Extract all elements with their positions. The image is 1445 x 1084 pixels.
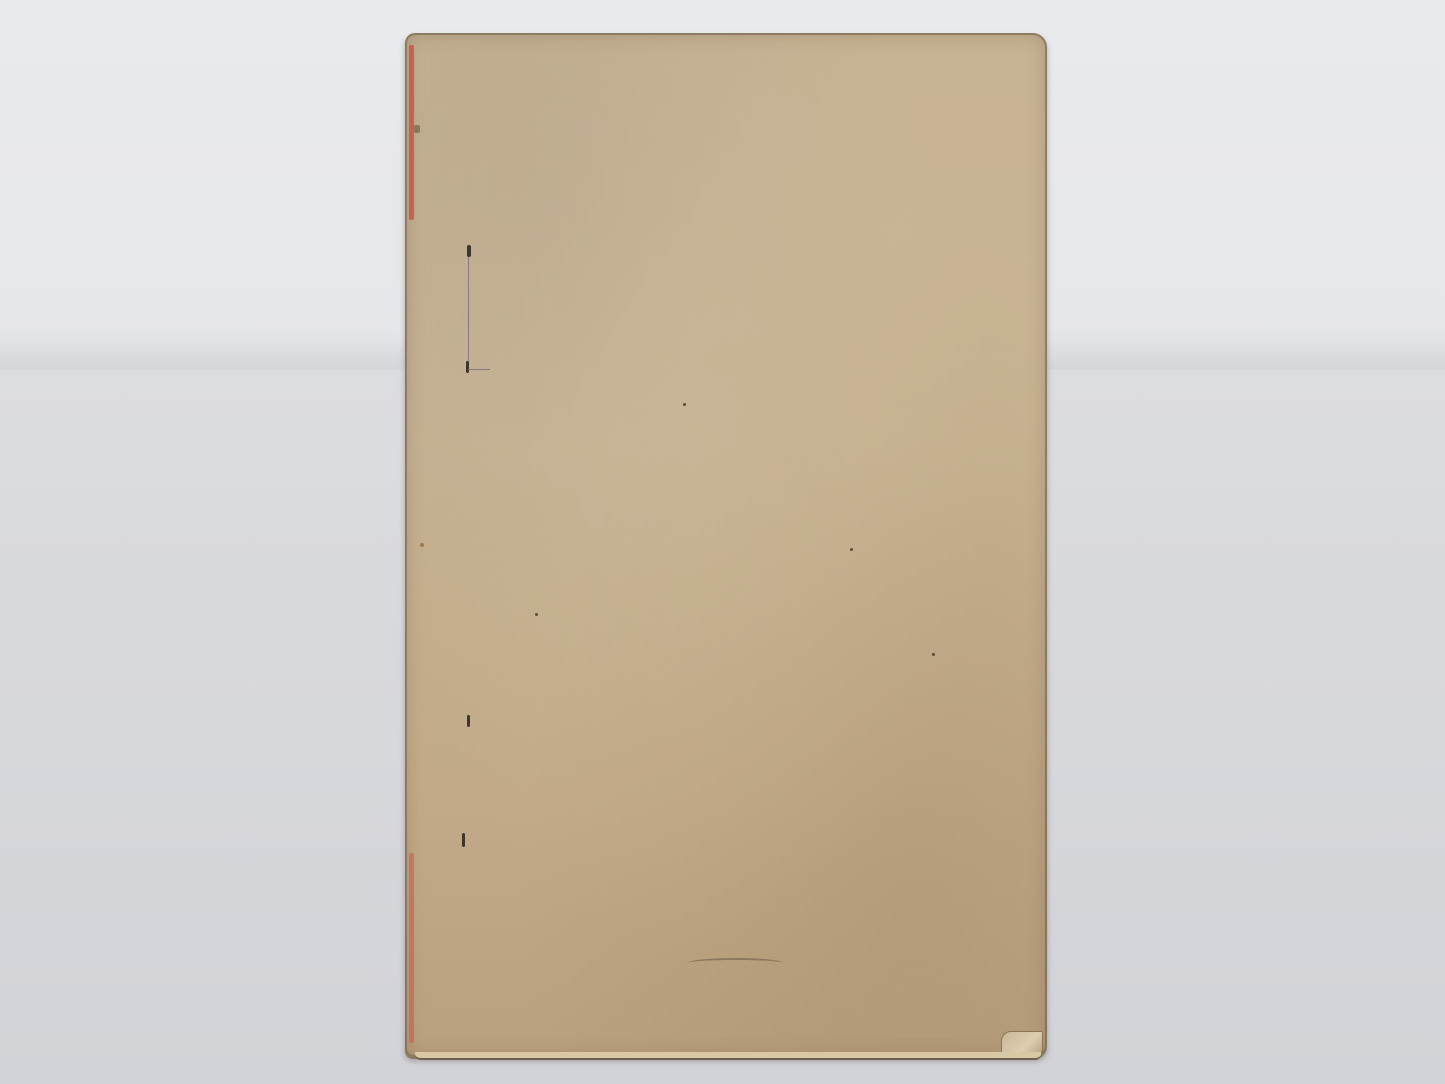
stitch-mark: [462, 833, 465, 847]
speck: [683, 403, 686, 406]
page-block-edge: [415, 1052, 1041, 1060]
speck: [535, 613, 538, 616]
booklet-cover: [405, 33, 1047, 1057]
stitch-mark: [467, 245, 471, 257]
spine-binding-bottom: [409, 853, 414, 1043]
stitch-mark: [467, 715, 470, 727]
speck: [932, 653, 935, 656]
pencil-line: [468, 257, 469, 362]
speck: [850, 548, 853, 551]
pencil-tick: [468, 369, 490, 370]
stitch-mark: [466, 361, 469, 373]
spine-binding-top: [409, 45, 414, 220]
paper-crease: [688, 958, 783, 968]
speck: [420, 543, 424, 547]
ink-smudge: [414, 125, 420, 133]
